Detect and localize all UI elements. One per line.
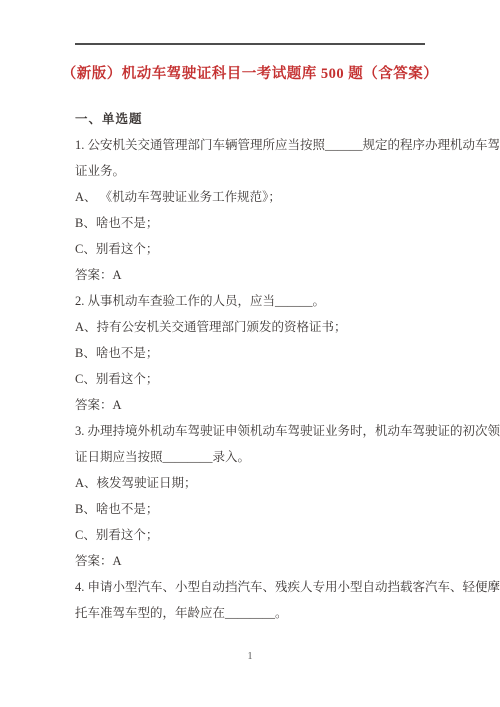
question-3-option-c: C、别看这个； bbox=[75, 522, 435, 548]
document-body: 一、单选题 1. 公安机关交通管理部门车辆管理所应当按照______规定的程序办… bbox=[75, 106, 435, 626]
question-1-text-line-2: 证业务。 bbox=[75, 158, 435, 184]
question-4-text-line-1: 4. 申请小型汽车、小型自动挡汽车、残疾人专用小型自动挡载客汽车、轻便摩 bbox=[75, 574, 435, 600]
question-2-text-line-1: 2. 从事机动车查验工作的人员，应当______。 bbox=[75, 288, 435, 314]
question-3-answer: 答案：A bbox=[75, 548, 435, 574]
question-1-option-a: A、 《机动车驾驶证业务工作规范》； bbox=[75, 184, 435, 210]
question-2-option-c: C、别看这个； bbox=[75, 366, 435, 392]
page-title: （新版）机动车驾驶证科目一考试题库 500 题（含答案） bbox=[0, 62, 500, 83]
question-3: 3. 办理持境外机动车驾驶证申领机动车驾驶证业务时，机动车驾驶证的初次领 证日期… bbox=[75, 418, 435, 574]
question-2: 2. 从事机动车查验工作的人员，应当______。 A、持有公安机关交通管理部门… bbox=[75, 288, 435, 418]
question-4: 4. 申请小型汽车、小型自动挡汽车、残疾人专用小型自动挡载客汽车、轻便摩 托车准… bbox=[75, 574, 435, 626]
section-heading: 一、单选题 bbox=[75, 106, 435, 132]
question-2-answer: 答案：A bbox=[75, 392, 435, 418]
question-4-text-line-2: 托车准驾车型的，年龄应在________。 bbox=[75, 600, 435, 626]
question-3-option-b: B、啥也不是； bbox=[75, 496, 435, 522]
question-3-text-line-1: 3. 办理持境外机动车驾驶证申领机动车驾驶证业务时，机动车驾驶证的初次领 bbox=[75, 418, 435, 444]
question-1-option-c: C、别看这个； bbox=[75, 236, 435, 262]
question-2-option-a: A、持有公安机关交通管理部门颁发的资格证书； bbox=[75, 314, 435, 340]
document-page: （新版）机动车驾驶证科目一考试题库 500 题（含答案） 一、单选题 1. 公安… bbox=[0, 0, 500, 707]
question-1: 1. 公安机关交通管理部门车辆管理所应当按照______规定的程序办理机动车驾驶… bbox=[75, 132, 435, 288]
question-1-answer: 答案：A bbox=[75, 262, 435, 288]
title-divider bbox=[75, 43, 425, 45]
page-number: 1 bbox=[0, 651, 500, 662]
question-1-text-line-1: 1. 公安机关交通管理部门车辆管理所应当按照______规定的程序办理机动车驾驶 bbox=[75, 132, 435, 158]
question-2-option-b: B、啥也不是； bbox=[75, 340, 435, 366]
question-3-text-line-2: 证日期应当按照________录入。 bbox=[75, 444, 435, 470]
question-1-option-b: B、啥也不是； bbox=[75, 210, 435, 236]
question-3-option-a: A、核发驾驶证日期； bbox=[75, 470, 435, 496]
